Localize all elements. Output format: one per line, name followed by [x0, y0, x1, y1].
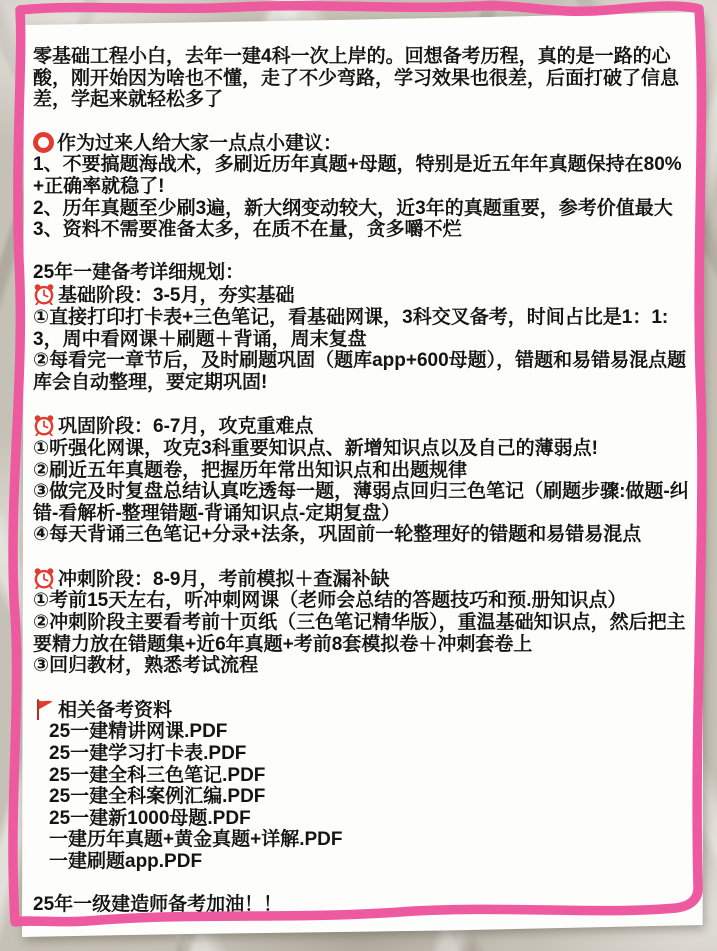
resource-file: 25一建新1000母题.PDF — [33, 808, 690, 830]
resources-heading-line: 相关备考资料 — [33, 698, 690, 722]
alarm-clock-icon — [33, 414, 55, 436]
resource-file: 一建刷题app.PDF — [33, 851, 690, 873]
stage-heading-line: 巩固阶段：6-7月，攻克重难点 — [33, 414, 690, 438]
advice-heading-line: 作为过来人给大家一点点小建议： — [33, 132, 690, 155]
stage-item: ①考前15天左右，听冲刺网课（老师会总结的答题技巧和预.册知识点） — [33, 590, 690, 612]
resource-file: 25一建学习打卡表.PDF — [33, 743, 690, 765]
alarm-clock-icon — [33, 283, 55, 305]
stage-item: ①听强化网课，攻克3科重要知识点、新增知识点以及自己的薄弱点! — [33, 438, 690, 460]
stage-heading-line: 基础阶段：3-5月，夯实基础 — [33, 283, 690, 307]
stage-heading: 冲刺阶段：8-9月，考前模拟＋查漏补缺 — [58, 569, 389, 590]
resources-heading: 相关备考资料 — [58, 700, 172, 721]
advice-item: 2、历年真题至少刷3遍，新大纲变动较大，近3年的真题重要，参考价值最大 — [33, 198, 690, 220]
stage-item: ②刷近五年真题卷，把握历年常出知识点和出题规律 — [33, 460, 690, 482]
resource-file-list: 25一建精讲网课.PDF 25一建学习打卡表.PDF 25一建全科三色笔记.PD… — [33, 721, 690, 872]
stage-item: ①直接打印打卡表+三色笔记，看基础网课，3科交叉备考，时间占比是1：1:3，周中… — [33, 307, 690, 350]
stage-item: ③做完及时复盘总结认真吃透每一题，薄弱点回归三色笔记（刷题步骤:做题-纠错-看解… — [33, 481, 690, 524]
stage-item: ③回归教材，熟悉考试流程 — [33, 655, 690, 677]
note-background: 零基础工程小白，去年一建4科一次上岸的。回想备考历程，真的是一路的心酸，刚开始因… — [0, 0, 717, 951]
note-content: 零基础工程小白，去年一建4科一次上岸的。回想备考历程，真的是一路的心酸，刚开始因… — [22, 12, 704, 915]
stage-item: ②每看完一章节后，及时刷题巩固（题库app+600母题），错题和易错易混点题库会… — [33, 350, 690, 393]
advice-item: 1、不要搞题海战术，多刷近历年真题+母题，特别是近五年年真题保持在80%+正确率… — [33, 154, 690, 197]
resource-file: 25一建精讲网课.PDF — [33, 721, 690, 743]
closing-line: 25年一级建造师备考加油！！ — [33, 894, 690, 916]
alarm-clock-icon — [33, 567, 55, 589]
red-circle-icon — [33, 132, 54, 153]
intro-paragraph: 零基础工程小白，去年一建4科一次上岸的。回想备考历程，真的是一路的心酸，刚开始因… — [33, 46, 690, 111]
advice-heading: 作为过来人给大家一点点小建议： — [57, 133, 342, 154]
resource-file: 25一建全科三色笔记.PDF — [33, 765, 690, 787]
resource-file: 25一建全科案例汇编.PDF — [33, 786, 690, 808]
stage-heading-line: 冲刺阶段：8-9月，考前模拟＋查漏补缺 — [33, 567, 690, 591]
stage-item: ④每天背诵三色笔记+分录+法条，巩固前一轮整理好的错题和易错易混点 — [33, 524, 690, 546]
advice-item: 3、资料不需要准备太多，在质不在量，贪多嚼不烂 — [33, 219, 690, 241]
plan-title: 25年一建备考详细规划： — [33, 262, 690, 284]
stage-heading: 巩固阶段：6-7月，攻克重难点 — [58, 416, 313, 437]
resource-file: 一建历年真题+黄金真题+详解.PDF — [33, 829, 690, 851]
stage-item: ②冲刺阶段主要看考前十页纸（三色笔记精华版），重温基础知识点，然后把主要精力放在… — [33, 612, 690, 655]
red-flag-icon — [33, 698, 55, 720]
stage-heading: 基础阶段：3-5月，夯实基础 — [58, 285, 294, 306]
